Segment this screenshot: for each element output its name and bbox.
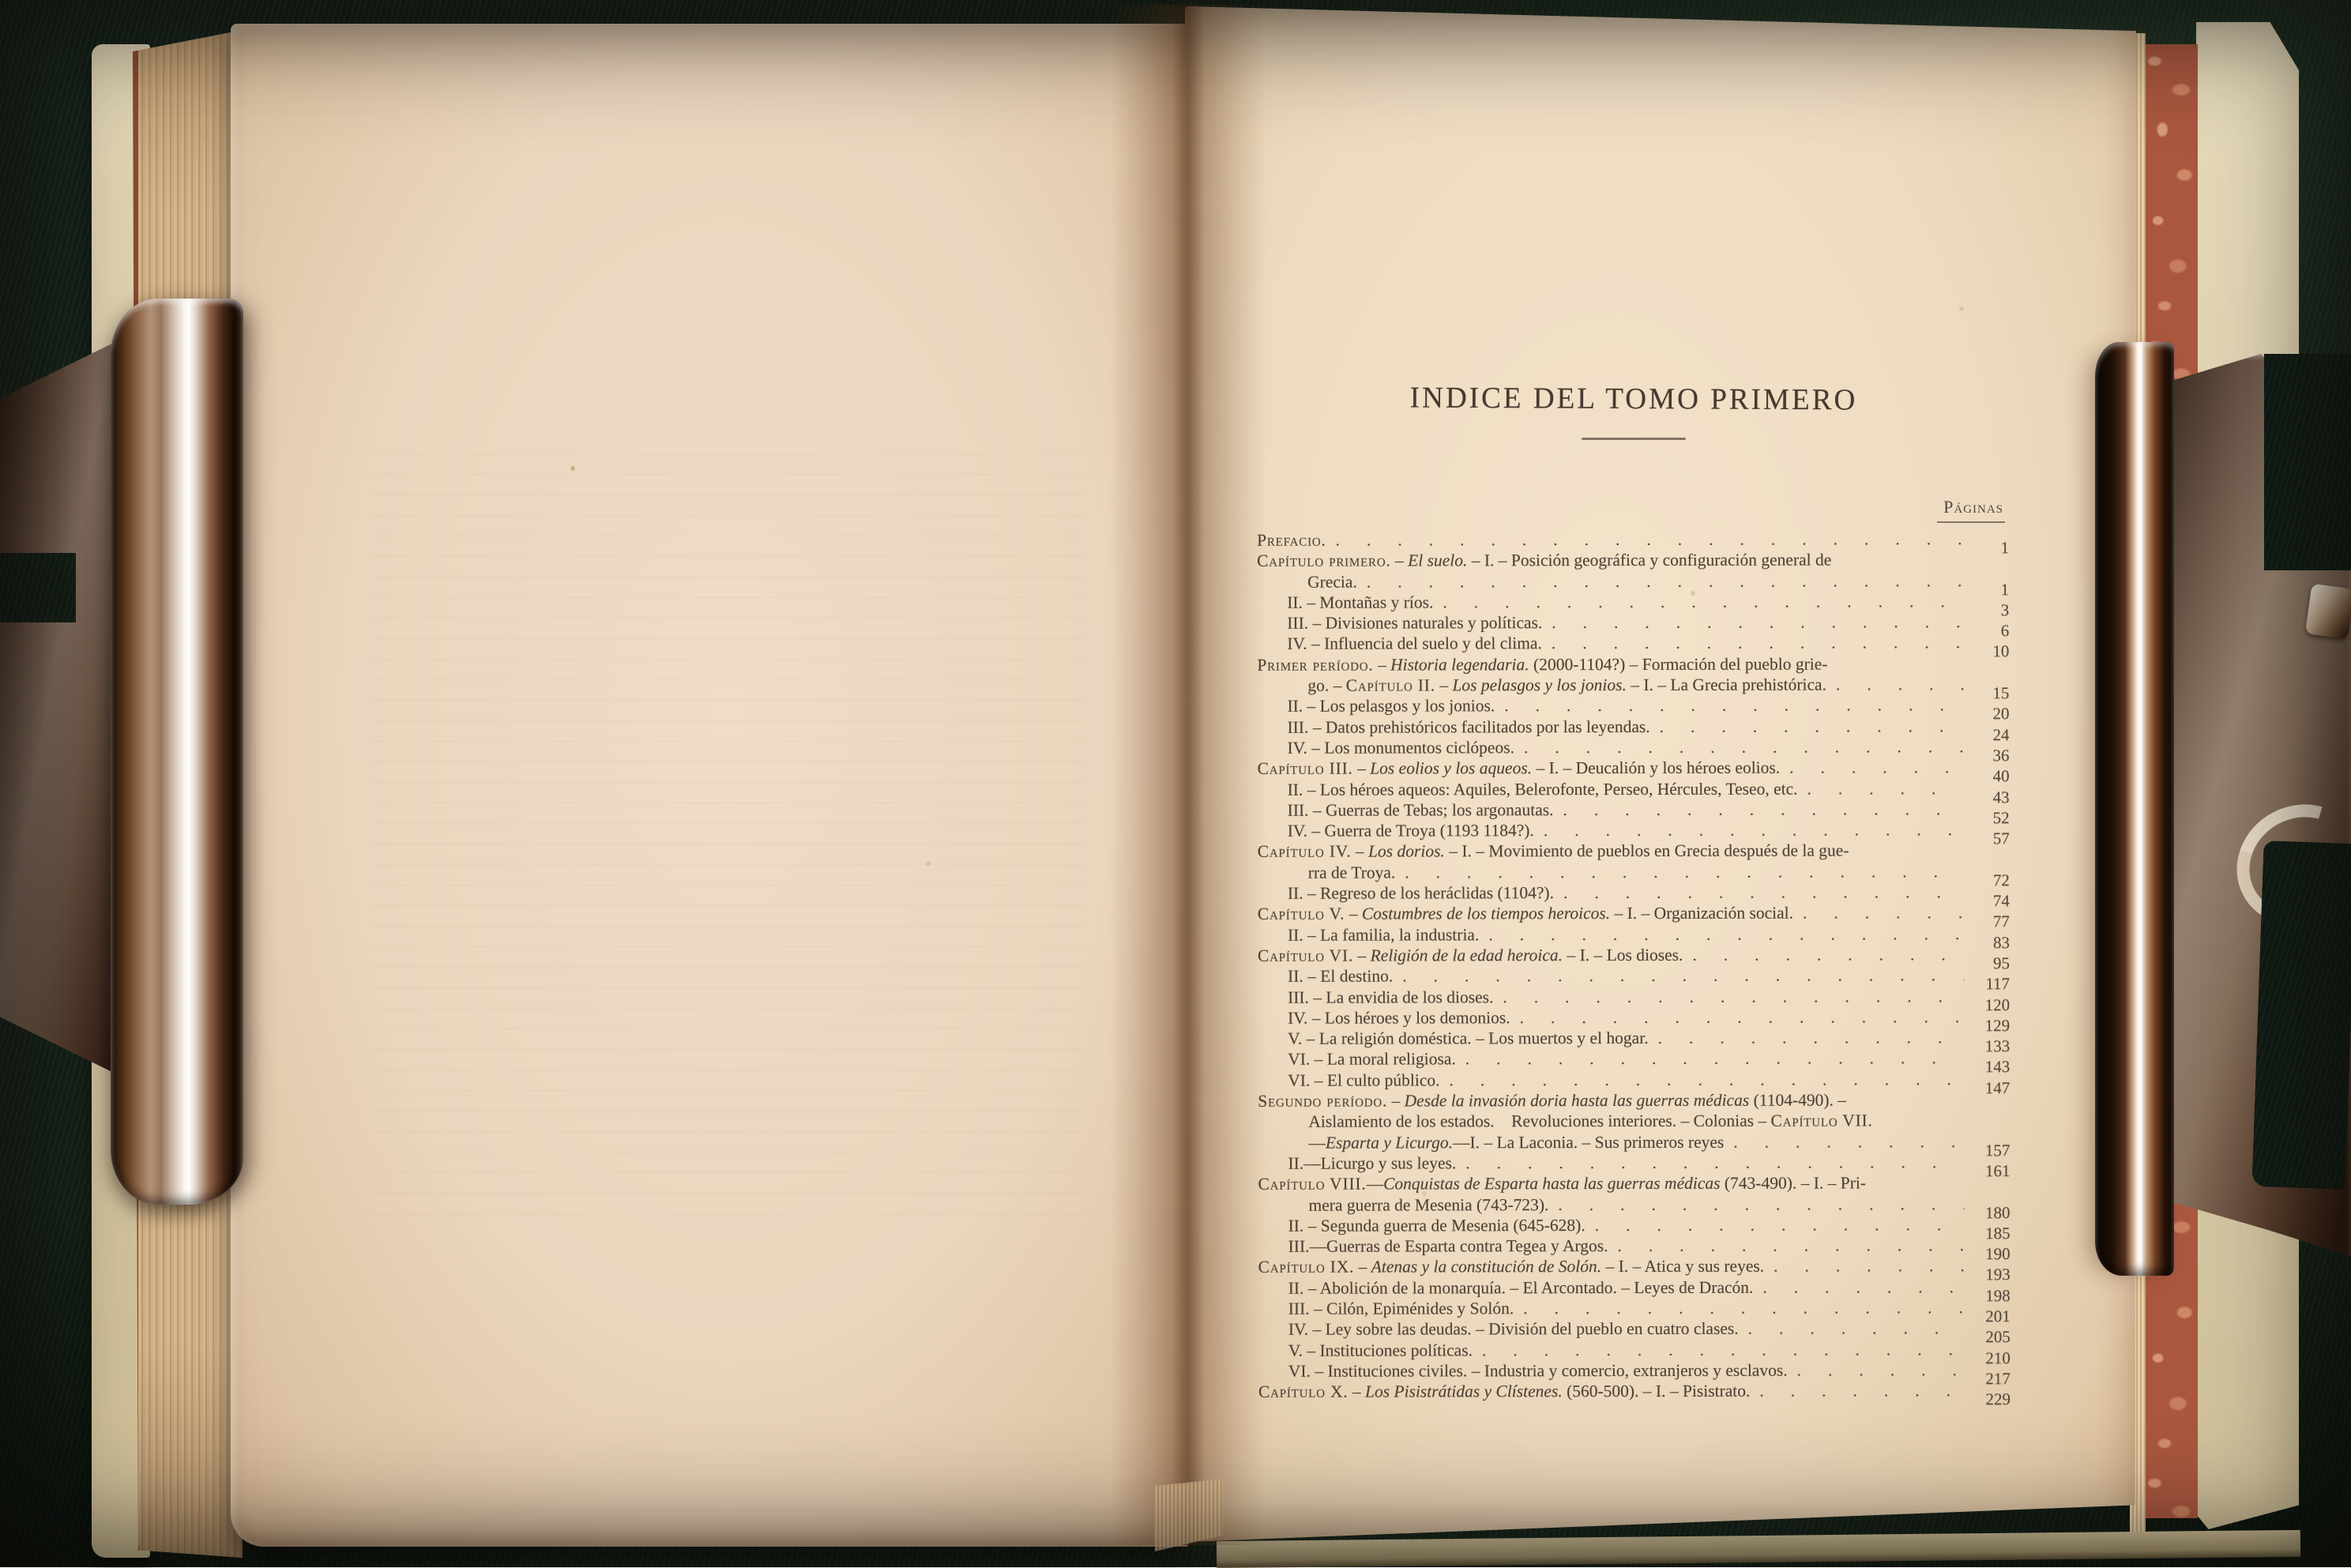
leader-dots: ..........................: [1326, 528, 1963, 551]
toc-row: Capítulo V. – Costumbres de los tiempos …: [1258, 903, 2010, 925]
toc-row: Capítulo IX. – Atenas y la constitución …: [1258, 1256, 2011, 1278]
toc-entry-text: IV. – Los monumentos ciclópeos.: [1287, 737, 1514, 758]
toc-row: Aislamiento de los estados. Revoluciones…: [1258, 1110, 2010, 1132]
toc-row: II. – La familia, la industria..........…: [1258, 923, 2010, 946]
page-number: 1: [1963, 579, 2009, 600]
index-text-block: INDICE DEL TOMO PRIMERO Páginas Prefacio…: [1258, 359, 2010, 1401]
toc-row: go. – Capítulo II. – Los pelasgos y los …: [1257, 674, 2009, 696]
page-number: 205: [1965, 1326, 2011, 1347]
leader-dots: ..........................: [1495, 695, 1963, 716]
leader-dots: ..........................: [1826, 674, 1963, 695]
toc-entry-text: III. – Cilón, Epiménides y Solón.: [1288, 1298, 1514, 1319]
toc-row: IV. – Los monumentos ciclópeos..........…: [1257, 736, 2009, 758]
page-number: 95: [1964, 953, 2010, 973]
toc-entry-text: Primer período. – Historia legendaria. (…: [1257, 653, 1827, 675]
toc-entry-text: III. – Guerras de Tebas; los argonautas.: [1288, 799, 1554, 821]
toc-row: Grecia...........................1: [1257, 570, 2009, 592]
toc-row: Capítulo IV. – Los dorios. – I. – Movimi…: [1258, 840, 2010, 863]
toc-entry-text: mera guerra de Mesenia (743-723).: [1309, 1194, 1549, 1216]
toc-entry-text: VI. – El culto público.: [1288, 1070, 1439, 1091]
toc-entry-text: III.—Guerras de Esparta contra Tegea y A…: [1288, 1235, 1608, 1257]
page-number: 10: [1963, 641, 2009, 662]
leader-dots: ..........................: [1650, 716, 1964, 737]
toc-entry-text: Capítulo IX. – Atenas y la constitución …: [1258, 1256, 1765, 1277]
page-number: 83: [1964, 932, 2010, 953]
toc-entry-text: II. – Los pelasgos y los jonios.: [1287, 696, 1495, 717]
leader-dots: ..........................: [1510, 1006, 1965, 1028]
leader-dots: ..........................: [1456, 1048, 1964, 1070]
toc-entry-text: IV. – Influencia del suelo y del clima.: [1287, 634, 1542, 655]
toc-row: V. – Instituciones políticas............…: [1258, 1339, 2011, 1361]
page-number: 198: [1965, 1285, 2011, 1306]
leader-dots: ..........................: [1753, 1277, 1964, 1298]
toc-entry-text: Capítulo VIII.—Conquistas de Esparta has…: [1258, 1173, 1866, 1195]
toc-row: Capítulo X. – Los Pisistrátidas y Clíste…: [1258, 1380, 2011, 1402]
leader-dots: ..........................: [1788, 1359, 1965, 1381]
title-rule: [1582, 438, 1686, 440]
toc-entry-text: Capítulo VI. – Religión de la edad heroi…: [1258, 945, 1683, 966]
toc-row: IV. – Guerra de Troya (1193 1184?)......…: [1258, 819, 2010, 841]
page-number: 24: [1963, 724, 2009, 745]
toc-entry-text: —Esparta y Licurgo.—I. – La Laconia. – S…: [1308, 1131, 1724, 1152]
toc-entry-text: III. – Divisiones naturales y políticas.: [1287, 612, 1542, 634]
left-clip-cutout: [0, 553, 76, 622]
left-clip-handle-plate: [0, 340, 120, 1076]
toc-entry-text: Segundo período. – Desde la invasión dor…: [1258, 1090, 1846, 1112]
toc-entry-text: Prefacio.: [1257, 530, 1326, 551]
right-clip-tab: [2305, 584, 2351, 640]
page-number: 193: [1965, 1265, 2011, 1285]
toc-row: III. – Cilón, Epiménides y Solón........…: [1258, 1297, 2011, 1319]
toc-row: III. – Guerras de Tebas; los argonautas.…: [1258, 799, 2010, 821]
page-number: 72: [1964, 870, 2010, 890]
page-number: 43: [1964, 787, 2010, 807]
page-number: 36: [1964, 745, 2010, 765]
page-number: 3: [1963, 600, 2009, 620]
toc-entry-text: Aislamiento de los estados. Revoluciones…: [1308, 1111, 1872, 1133]
right-clip-body: [2095, 342, 2174, 1276]
toc-entry-text: Capítulo V. – Costumbres de los tiempos …: [1258, 903, 1793, 924]
toc-entry-text: Capítulo III. – Los eolios y los aqueos.…: [1258, 758, 1781, 779]
leader-dots: ..........................: [1797, 778, 1963, 799]
leader-dots: ..........................: [1542, 633, 1963, 654]
page-number: 57: [1964, 828, 2010, 848]
right-clip-cutout: [2264, 354, 2351, 570]
toc-row: II.—Licurgo y sus leyes.................…: [1258, 1152, 2010, 1174]
toc-entry-text: Capítulo primero. – El suelo. – I. – Pos…: [1257, 550, 1831, 572]
page-number: 147: [1964, 1077, 2010, 1098]
leader-dots: ..........................: [1683, 944, 1964, 965]
toc-row: Capítulo VI. – Religión de la edad heroi…: [1258, 944, 2010, 966]
toc-entry-text: IV. – Los héroes y los demonios.: [1288, 1007, 1510, 1028]
toc-row: II. – Los héroes aqueos: Aquiles, Belero…: [1258, 778, 2010, 800]
toc-entry-text: V. – La religión doméstica. – Los muerto…: [1288, 1028, 1648, 1049]
show-through-text-ghost: [373, 434, 1084, 1224]
toc-entry-text: rra de Troya.: [1308, 862, 1396, 882]
leader-dots: ..........................: [1493, 986, 1964, 1007]
toc-row: II. – El destino........................…: [1258, 964, 2010, 987]
page-number: 52: [1964, 807, 2010, 828]
page-number: 129: [1964, 1015, 2010, 1036]
leader-dots: ..........................: [1514, 1297, 1965, 1318]
toc-row: II. – Regreso de los heráclidas (1104?).…: [1258, 882, 2010, 904]
page-number: 133: [1964, 1036, 2010, 1056]
toc-entry-text: Grecia.: [1307, 571, 1357, 592]
leader-dots: ..........................: [1793, 903, 1964, 924]
leader-dots: ..........................: [1553, 799, 1963, 820]
page-number: 201: [1965, 1306, 2011, 1326]
leader-dots: ..........................: [1534, 819, 1964, 840]
leader-dots: ..........................: [1514, 736, 1964, 758]
toc-row: III. – Datos prehistóricos facilitados p…: [1257, 716, 2009, 738]
toc-row: Capítulo primero. – El suelo. – I. – Pos…: [1257, 549, 2009, 571]
toc-row: —Esparta y Licurgo.—I. – La Laconia. – S…: [1258, 1131, 2010, 1153]
right-clip-cutout: [2251, 840, 2351, 1190]
foxing-speck: [570, 466, 575, 471]
toc-row: II. – Los pelasgos y los jonios.........…: [1257, 695, 2009, 717]
leader-dots: ..........................: [1440, 1069, 1965, 1090]
page-number: 180: [1965, 1202, 2011, 1223]
page-number: 229: [1965, 1389, 2011, 1409]
page-number: 40: [1964, 765, 2010, 786]
toc-row: Primer período. – Historia legendaria. (…: [1257, 653, 2009, 675]
toc-entry-text: go. – Capítulo II. – Los pelasgos y los …: [1307, 675, 1826, 696]
leader-dots: ..........................: [1764, 1256, 1965, 1277]
toc-row: IV. – Influencia del suelo y del clima..…: [1257, 633, 2009, 655]
page-number: 74: [1964, 890, 2010, 911]
toc-entry-text: Capítulo X. – Los Pisistrátidas y Clíste…: [1258, 1381, 1750, 1402]
toc-row: II. – Montañas y ríos...................…: [1257, 591, 2009, 613]
page-number: 161: [1964, 1160, 2010, 1181]
page-number: 1: [1963, 537, 2009, 558]
toc-row: II. – Abolición de la monarquía. – El Ar…: [1258, 1277, 2011, 1299]
page-number: 120: [1964, 995, 2010, 1015]
leader-dots: ..........................: [1739, 1318, 1965, 1340]
toc-row: III. – La envidia de los dioses.........…: [1258, 986, 2010, 1008]
toc-row: VI. – La moral religiosa................…: [1258, 1048, 2010, 1070]
leader-dots: ..........................: [1750, 1380, 1965, 1401]
leader-dots: ..........................: [1649, 1027, 1965, 1048]
toc-entry-text: V. – Instituciones políticas.: [1288, 1340, 1473, 1361]
leader-dots: ..........................: [1554, 882, 1964, 903]
toc-entry-text: II. – La familia, la industria.: [1288, 924, 1479, 946]
leader-dots: ..........................: [1780, 758, 1963, 779]
leader-dots: ..........................: [1357, 570, 1963, 592]
foxing-speck: [1959, 306, 1964, 311]
page-number: 210: [1965, 1348, 2011, 1368]
page-title: INDICE DEL TOMO PRIMERO: [1265, 380, 2002, 419]
leader-dots: ..........................: [1608, 1235, 1964, 1256]
leader-dots: ..........................: [1456, 1152, 1964, 1173]
toc-list: Prefacio...........................1Capí…: [1257, 528, 2011, 1402]
toc-entry-text: II.—Licurgo y sus leyes.: [1288, 1152, 1456, 1174]
toc-row: II. – Segunda guerra de Mesenia (645-628…: [1258, 1214, 2011, 1236]
leader-dots: ..........................: [1393, 965, 1964, 987]
toc-entry-text: III. – Datos prehistóricos facilitados p…: [1287, 716, 1649, 738]
toc-entry-text: IV. – Guerra de Troya (1193 1184?).: [1288, 820, 1534, 841]
toc-entry-text: Capítulo IV. – Los dorios. – I. – Movimi…: [1258, 840, 1849, 863]
toc-row: Capítulo VIII.—Conquistas de Esparta has…: [1258, 1172, 2010, 1194]
toc-row: III.—Guerras de Esparta contra Tegea y A…: [1258, 1235, 2011, 1257]
pages-column-header: Páginas: [1258, 497, 2010, 517]
toc-row: VI. – El culto público..................…: [1258, 1069, 2010, 1091]
page-number: 6: [1963, 620, 2009, 641]
toc-entry-text: III. – La envidia de los dioses.: [1288, 987, 1493, 1008]
toc-entry-text: VI. – La moral religiosa.: [1288, 1049, 1456, 1070]
leader-dots: ..........................: [1542, 611, 1963, 633]
toc-row: Capítulo III. – Los eolios y los aqueos.…: [1258, 757, 2010, 779]
leader-dots: ..........................: [1548, 1194, 1964, 1215]
leader-dots: ..........................: [1479, 923, 1964, 945]
pages-column-rule: [1937, 521, 2005, 523]
toc-row: IV. – Ley sobre las deudas. – División d…: [1258, 1318, 2011, 1340]
toc-row: IV. – Los héroes y los demonios.........…: [1258, 1006, 2010, 1028]
toc-row: rra de Troya...........................7…: [1258, 861, 2010, 883]
leader-dots: ..........................: [1586, 1214, 1965, 1235]
page-number: 217: [1965, 1368, 2011, 1389]
leader-dots: ..........................: [1724, 1131, 1964, 1152]
toc-row: Prefacio...........................1: [1257, 528, 2009, 551]
toc-row: Segundo período. – Desde la invasión dor…: [1258, 1089, 2010, 1111]
leader-dots: ..........................: [1473, 1339, 1965, 1360]
toc-row: mera guerra de Mesenia (743-723)........…: [1258, 1194, 2011, 1216]
toc-entry-text: VI. – Instituciones civiles. – Industria…: [1288, 1360, 1788, 1382]
leader-dots: ..........................: [1395, 861, 1964, 883]
page-number: 185: [1965, 1223, 2011, 1243]
page-number: 20: [1963, 704, 2009, 724]
toc-entry-text: IV. – Ley sobre las deudas. – División d…: [1288, 1318, 1739, 1340]
toc-row: V. – La religión doméstica. – Los muerto…: [1258, 1027, 2010, 1049]
page-number: 117: [1964, 973, 2010, 994]
foxing-speck: [926, 861, 931, 866]
toc-row: VI. – Instituciones civiles. – Industria…: [1258, 1359, 2011, 1382]
toc-entry-text: II. – Montañas y ríos.: [1287, 592, 1433, 613]
page-number: 190: [1965, 1243, 2011, 1264]
toc-row: III. – Divisiones naturales y políticas.…: [1257, 611, 2009, 634]
page-number: 157: [1964, 1140, 2010, 1160]
toc-entry-text: II. – Segunda guerra de Mesenia (645-628…: [1288, 1215, 1586, 1236]
left-clip-body: [111, 299, 243, 1205]
leader-dots: ..........................: [1433, 591, 1963, 612]
toc-entry-text: II. – Los héroes aqueos: Aquiles, Belero…: [1288, 778, 1798, 799]
page-number: 15: [1963, 682, 2009, 703]
toc-entry-text: II. – Abolición de la monarquía. – El Ar…: [1288, 1277, 1754, 1298]
toc-entry-text: II. – El destino.: [1288, 966, 1393, 987]
gutter-shadow: [1109, 5, 1267, 1545]
page-number: 143: [1964, 1057, 2010, 1077]
toc-entry-text: II. – Regreso de los heráclidas (1104?).: [1288, 882, 1554, 904]
left-page-blank: [231, 24, 1188, 1547]
page-number: 77: [1964, 912, 2010, 932]
